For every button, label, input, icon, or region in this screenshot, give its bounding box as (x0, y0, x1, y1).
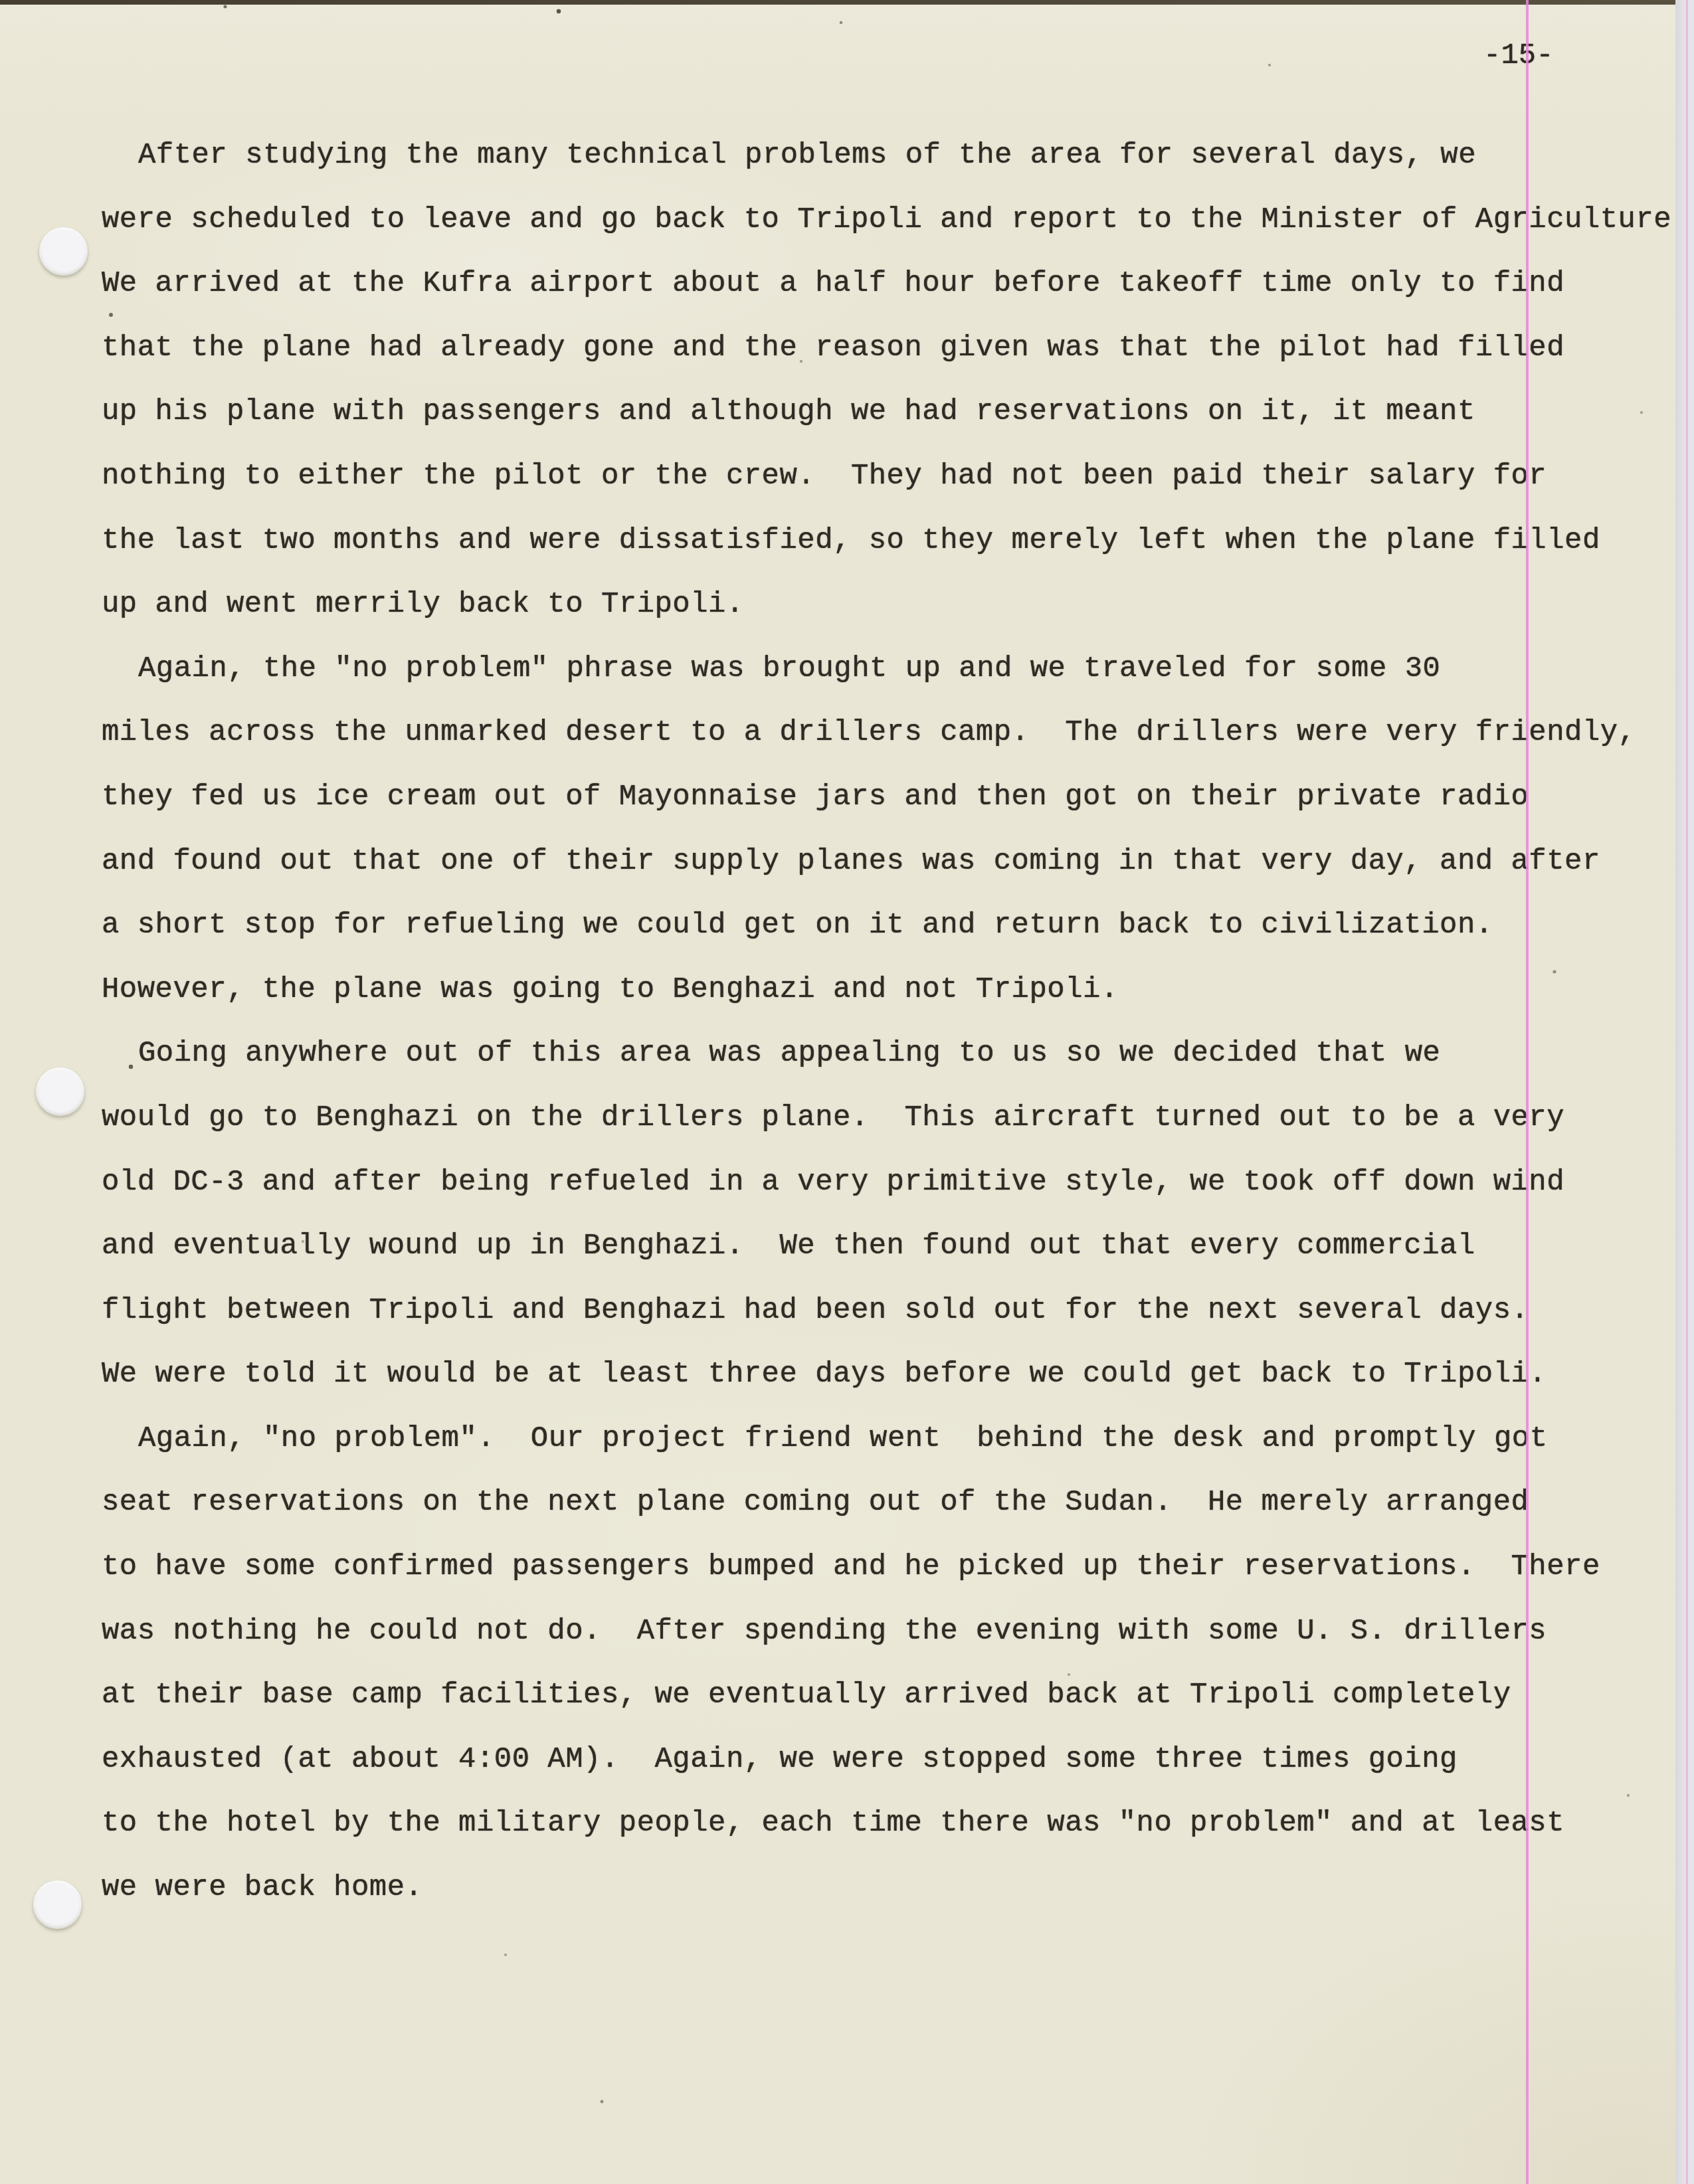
text-line: We were told it would be at least three … (102, 1342, 1689, 1407)
hole-punch-middle (36, 1067, 84, 1116)
hole-punch-top (39, 227, 88, 276)
text-line: and eventually wound up in Benghazi. We … (102, 1214, 1689, 1279)
text-line: Again, the "no problem" phrase was broug… (102, 637, 1689, 701)
text-line: we were back home. (102, 1856, 1689, 1920)
text-line: would go to Benghazi on the drillers pla… (102, 1086, 1689, 1150)
typewritten-text: After studying the many technical proble… (102, 124, 1689, 1920)
text-line: up his plane with passengers and althoug… (102, 380, 1689, 444)
text-line: exhausted (at about 4:00 AM). Again, we … (102, 1728, 1689, 1792)
text-line: We arrived at the Kufra airport about a … (102, 252, 1689, 316)
pink-rule-line (1526, 0, 1529, 2184)
text-line: to the hotel by the military people, eac… (102, 1791, 1689, 1856)
text-line: at their base camp facilities, we eventu… (102, 1663, 1689, 1728)
text-line: After studying the many technical proble… (102, 124, 1689, 188)
text-line: up and went merrily back to Tripoli. (102, 573, 1689, 637)
text-line: the last two months and were dissatisfie… (102, 509, 1689, 573)
dust-specks (0, 0, 1, 1)
text-line: were scheduled to leave and go back to T… (102, 188, 1689, 252)
text-line: However, the plane was going to Benghazi… (102, 958, 1689, 1022)
text-line: seat reservations on the next plane comi… (102, 1471, 1689, 1535)
scan-top-edge-line (0, 0, 1675, 5)
document-page: -15- After studying the many technical p… (0, 0, 1675, 2184)
text-line: they fed us ice cream out of Mayonnaise … (102, 765, 1689, 830)
text-line: was nothing he could not do. After spend… (102, 1599, 1689, 1664)
text-line: flight between Tripoli and Benghazi had … (102, 1279, 1689, 1343)
edge-pink-line (1686, 0, 1688, 2184)
text-line: Going anywhere out of this area was appe… (102, 1022, 1689, 1086)
text-line: to have some confirmed passengers bumped… (102, 1535, 1689, 1599)
page-number: -15- (1483, 24, 1554, 88)
hole-punch-bottom (33, 1880, 82, 1929)
text-line: old DC-3 and after being refueled in a v… (102, 1150, 1689, 1215)
scan-edge-strip (1675, 0, 1694, 2184)
text-line: that the plane had already gone and the … (102, 316, 1689, 381)
text-line: a short stop for refueling we could get … (102, 893, 1689, 958)
text-line: Again, "no problem". Our project friend … (102, 1407, 1689, 1471)
text-line: and found out that one of their supply p… (102, 830, 1689, 894)
text-line: miles across the unmarked desert to a dr… (102, 701, 1689, 765)
text-line: nothing to either the pilot or the crew.… (102, 444, 1689, 509)
